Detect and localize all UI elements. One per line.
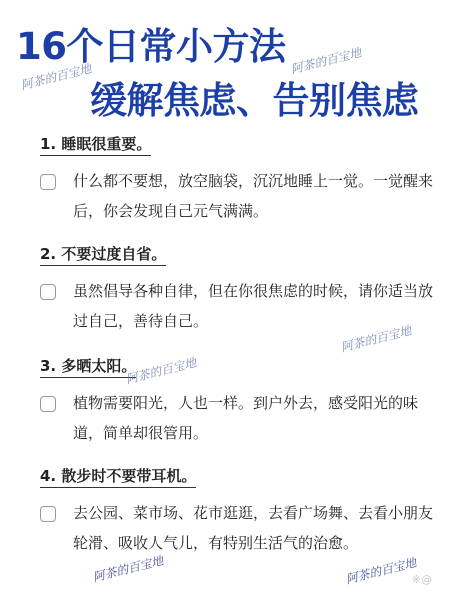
- title-line-1: 16个日常小方法: [16, 16, 286, 70]
- checkbox[interactable]: [40, 174, 56, 190]
- checkbox[interactable]: [40, 396, 56, 412]
- section-3: 3. 多晒太阳。 植物需要阳光，人也一样。到户外去，感受阳光的味道，简单却很管用…: [40, 355, 434, 448]
- item-text: 植物需要阳光，人也一样。到户外去，感受阳光的味道，简单却很管用。: [73, 388, 433, 448]
- watermark: 阿茶的百宝地: [344, 554, 418, 588]
- section-4: 4. 散步时不要带耳机。 去公园、菜市场、花市逛逛，去看广场舞、去看小朋友轮滑、…: [40, 465, 434, 558]
- section-2: 2. 不要过度自省。 虽然倡导各种自律，但在你很焦虑的时候，请你适当放过自己，善…: [40, 243, 434, 336]
- section-heading: 1. 睡眠很重要。: [40, 133, 151, 156]
- section-heading: 4. 散步时不要带耳机。: [40, 465, 196, 488]
- checklist-item: 虽然倡导各种自律，但在你很焦虑的时候，请你适当放过自己，善待自己。: [40, 280, 434, 336]
- section-heading: 2. 不要过度自省。: [40, 243, 166, 266]
- section-heading: 3. 多晒太阳。: [40, 355, 136, 378]
- section-1: 1. 睡眠很重要。 什么都不要想，放空脑袋，沉沉地睡上一觉。一觉醒来后，你会发现…: [40, 133, 434, 226]
- checklist-item: 植物需要阳光，人也一样。到户外去，感受阳光的味道，简单却很管用。: [40, 392, 434, 448]
- title-line-2: 缓解焦虑、告别焦虑: [90, 70, 419, 124]
- checklist-item: 什么都不要想，放空脑袋，沉沉地睡上一觉。一觉醒来后，你会发现自己元气满满。: [40, 170, 434, 226]
- item-text: 去公园、菜市场、花市逛逛，去看广场舞、去看小朋友轮滑、吸收人气儿，有特别生活气的…: [73, 498, 433, 558]
- checkbox[interactable]: [40, 506, 56, 522]
- checkbox[interactable]: [40, 284, 56, 300]
- checklist-item: 去公园、菜市场、花市逛逛，去看广场舞、去看小朋友轮滑、吸收人气儿，有特别生活气的…: [40, 502, 434, 558]
- corner-watermark: ※@: [412, 573, 432, 586]
- item-text: 什么都不要想，放空脑袋，沉沉地睡上一觉。一觉醒来后，你会发现自己元气满满。: [73, 166, 433, 226]
- item-text: 虽然倡导各种自律，但在你很焦虑的时候，请你适当放过自己，善待自己。: [73, 276, 433, 336]
